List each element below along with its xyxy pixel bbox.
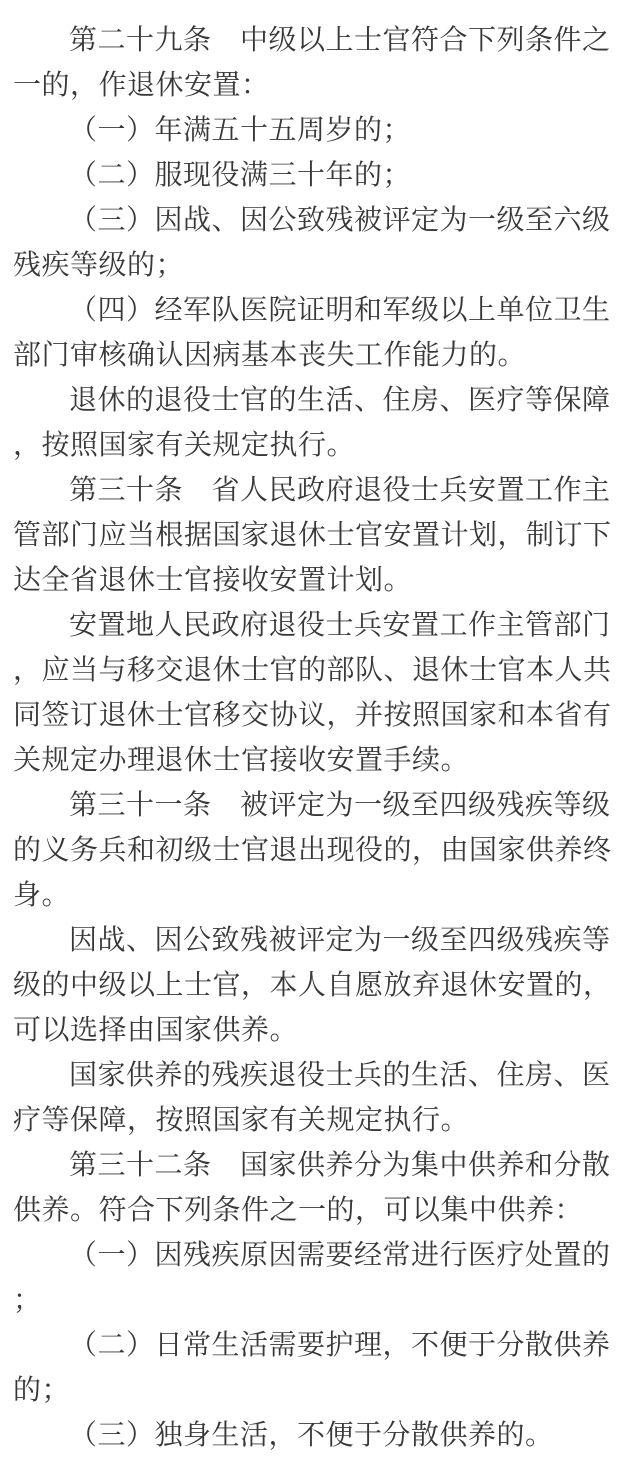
text-line: 部门审核确认因病基本丧失工作能力的。 xyxy=(13,333,616,378)
text-line: ，按照国家有关规定执行。 xyxy=(13,423,616,468)
legal-document-text: 第二十九条 中级以上士官符合下列条件之一的，作退休安置：（一）年满五十五周岁的；… xyxy=(13,18,616,1458)
text-line: 供养。符合下列条件之一的，可以集中供养： xyxy=(13,1188,616,1233)
text-line: （二）日常生活需要护理，不便于分散供养 xyxy=(13,1323,616,1368)
text-line: 的； xyxy=(13,1368,616,1413)
text-line: （一）因残疾原因需要经常进行医疗处置的 xyxy=(13,1233,616,1278)
text-line: 可以选择由国家供养。 xyxy=(13,1008,616,1053)
text-line: 第三十条 省人民政府退役士兵安置工作主 xyxy=(13,468,616,513)
text-line: 安置地人民政府退役士兵安置工作主管部门 xyxy=(13,603,616,648)
text-line: 的义务兵和初级士官退出现役的，由国家供养终 xyxy=(13,828,616,873)
text-line: （三）因战、因公致残被评定为一级至六级 xyxy=(13,198,616,243)
text-line: 管部门应当根据国家退休士官安置计划，制订下 xyxy=(13,513,616,558)
text-line: 疗等保障，按照国家有关规定执行。 xyxy=(13,1098,616,1143)
text-line: 第三十二条 国家供养分为集中供养和分散 xyxy=(13,1143,616,1188)
text-line: （一）年满五十五周岁的； xyxy=(13,108,616,153)
text-line: ； xyxy=(13,1278,616,1323)
text-line: 一的，作退休安置： xyxy=(13,63,616,108)
text-line: ，应当与移交退休士官的部队、退休士官本人共 xyxy=(13,648,616,693)
text-line: 因战、因公致残被评定为一级至四级残疾等 xyxy=(13,918,616,963)
text-line: （三）独身生活，不便于分散供养的。 xyxy=(13,1413,616,1458)
text-line: 国家供养的残疾退役士兵的生活、住房、医 xyxy=(13,1053,616,1098)
text-line: 身。 xyxy=(13,873,616,918)
text-line: 退休的退役士官的生活、住房、医疗等保障 xyxy=(13,378,616,423)
text-line: 同签订退休士官移交协议，并按照国家和本省有 xyxy=(13,693,616,738)
text-line: 第三十一条 被评定为一级至四级残疾等级 xyxy=(13,783,616,828)
text-line: 级的中级以上士官，本人自愿放弃退休安置的， xyxy=(13,963,616,1008)
text-line: （四）经军队医院证明和军级以上单位卫生 xyxy=(13,288,616,333)
legal-document-page: 第二十九条 中级以上士官符合下列条件之一的，作退休安置：（一）年满五十五周岁的；… xyxy=(0,0,640,1479)
text-line: 残疾等级的； xyxy=(13,243,616,288)
text-line: 第二十九条 中级以上士官符合下列条件之 xyxy=(13,18,616,63)
text-line: 关规定办理退休士官接收安置手续。 xyxy=(13,738,616,783)
text-line: （二）服现役满三十年的； xyxy=(13,153,616,198)
text-line: 达全省退休士官接收安置计划。 xyxy=(13,558,616,603)
